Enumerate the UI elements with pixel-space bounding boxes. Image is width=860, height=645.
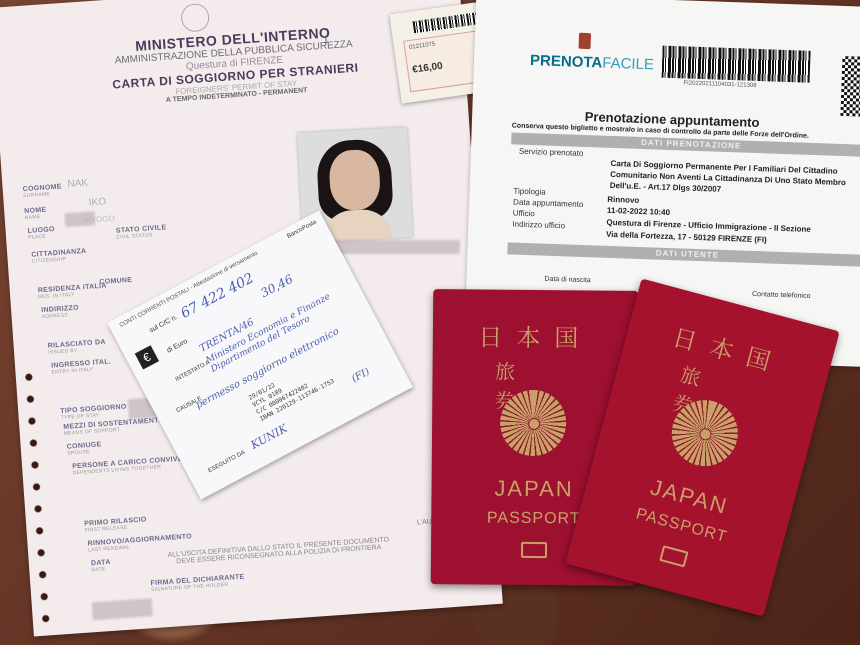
- qr-code: [840, 56, 860, 117]
- barcode-number: FI20220211104031-121308: [683, 80, 756, 89]
- label-address: Indirizzo ufficio: [512, 220, 565, 231]
- field-residence: RESIDENZA ITALIARES. IN ITALY: [38, 283, 108, 301]
- biometric-chip-icon: [521, 542, 547, 558]
- field-date: DATADATE: [91, 559, 111, 573]
- italian-emblem-icon: [180, 3, 210, 33]
- prenotafacile-logo: PRENOTAFACILE: [530, 52, 654, 73]
- binder-holes: [23, 366, 52, 636]
- field-name: NOMENAME: [24, 207, 47, 222]
- chrysanthemum-emblem-icon: [500, 390, 567, 457]
- permit-header: MINISTERO DELL'INTERNO AMMINISTRAZIONE D…: [83, 21, 387, 110]
- field-issued-by: RILASCIATO DAISSUED BY: [47, 339, 106, 356]
- field-entry: INGRESSO ITAL.ENTRY IN ITALY: [51, 358, 112, 375]
- name-value: IKO: [88, 196, 106, 208]
- field-signature: FIRMA DEL DICHIARANTESIGNATURE OF THE HO…: [150, 574, 245, 594]
- field-type-of-stay: TIPO SOGGIORNOTYPE OF STAY: [60, 403, 127, 421]
- redaction: [92, 598, 153, 620]
- surname-value: NAK: [67, 178, 88, 190]
- field-civil-status: STATO CIVILECIVIL STATUS: [116, 224, 167, 241]
- page-number: 1: [323, 34, 329, 45]
- section-user: DATI UTENTE: [507, 242, 860, 267]
- label-date: Data appuntamento: [513, 198, 584, 209]
- field-means-support: MEZZI DI SOSTENTAMENTOMEANS OF SUPPORT: [63, 417, 165, 437]
- province: (FI): [350, 366, 372, 384]
- field-citizenship: CITTADINANZACITIZENSHIP: [31, 248, 87, 265]
- field-address: INDIRIZZOADDRESS: [41, 305, 80, 321]
- value-service: Carta Di Soggiorno Permanente Per I Fami…: [610, 158, 860, 200]
- value-date: 11-02-2022 10:40: [607, 205, 671, 218]
- payer: KUNIK: [249, 422, 290, 452]
- field-spouse: CONIUGESPOUSE: [67, 441, 103, 456]
- photo-face: [328, 149, 381, 212]
- label-type: Tipologia: [513, 187, 545, 197]
- label-service: Servizio prenotato: [519, 147, 584, 158]
- field-comune: COMUNE: [99, 277, 132, 286]
- field-dependents: PERSONE A CARICO CONVIVENTIDEPENDENTS LI…: [72, 455, 196, 477]
- field-surname: COGNOMESURNAME: [23, 183, 63, 199]
- photo-scene: MINISTERO DELL'INTERNO AMMINISTRAZIONE D…: [0, 0, 860, 645]
- label-phone: Contatto telefonico: [752, 291, 811, 300]
- redaction: [65, 211, 96, 227]
- field-place: LUOGOPLACE: [27, 226, 55, 241]
- label-office: Ufficio: [513, 209, 535, 219]
- biometric-chip-icon: [659, 545, 688, 567]
- label-birth-date: Data di nascita: [544, 276, 591, 285]
- passport-kanji-country: 日本国: [433, 317, 638, 354]
- euro-icon: €: [135, 345, 159, 369]
- barcode: [662, 46, 811, 83]
- police-crest-icon: [579, 33, 592, 49]
- amount: 30,46: [258, 272, 295, 300]
- field-first-release: PRIMO RILASCIOFIRST RELEASE: [84, 516, 147, 533]
